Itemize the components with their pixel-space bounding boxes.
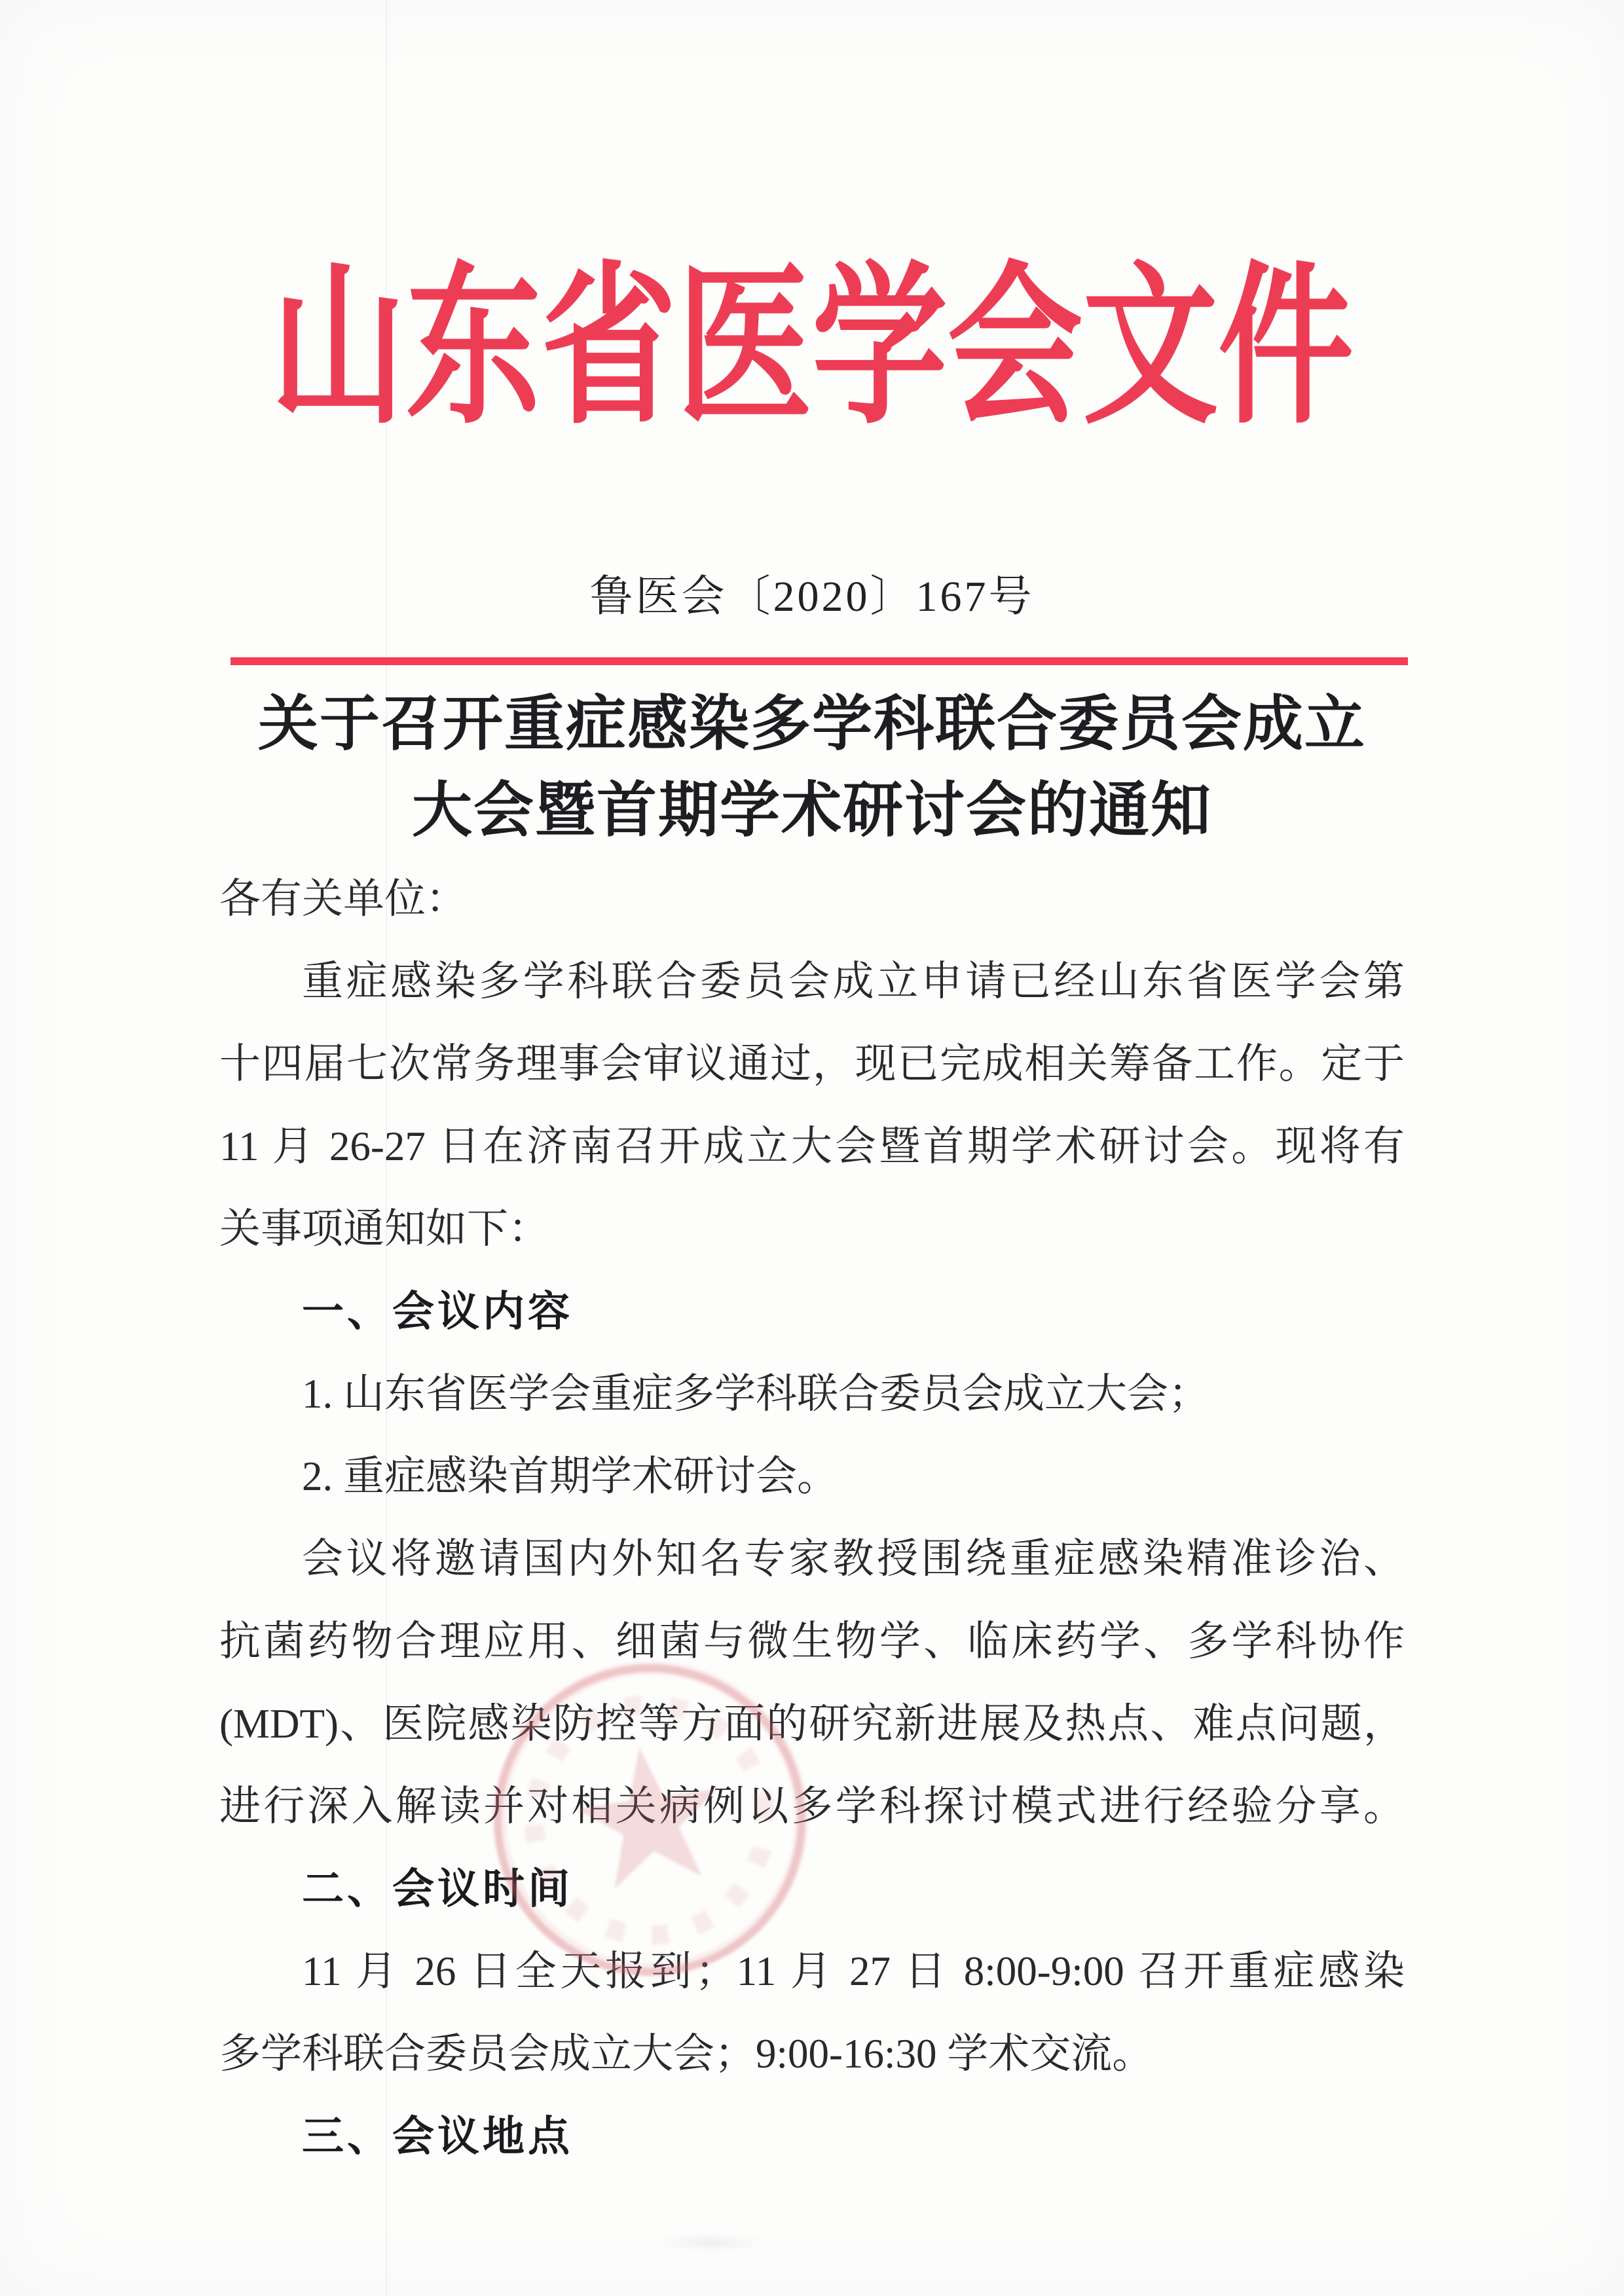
- body-line: 多学科联合委员会成立大会；9:00-16:30 学术交流。: [219, 2013, 1405, 2095]
- body-line: 抗菌药物合理应用、细菌与微生物学、临床药学、多学科协作: [219, 1600, 1405, 1683]
- notice-title-line1: 关于召开重症感染多学科联合委员会成立: [0, 681, 1624, 767]
- body-line: 十四届七次常务理事会审议通过，现已完成相关筹备工作。定于: [219, 1023, 1405, 1105]
- body-line: 1. 山东省医学会重症多学科联合委员会成立大会；: [219, 1353, 1405, 1435]
- notice-title-line2: 大会暨首期学术研讨会的通知: [0, 767, 1624, 854]
- notice-title: 关于召开重症感染多学科联合委员会成立 大会暨首期学术研讨会的通知: [0, 681, 1624, 854]
- body-line: 关事项通知如下：: [219, 1188, 1405, 1270]
- body-line: 各有关单位：: [219, 858, 1405, 940]
- body-line: (MDT)、医院感染防控等方面的研究新进展及热点、难点问题，: [219, 1683, 1405, 1765]
- red-separator-line: [231, 657, 1408, 665]
- body-line: 11 月 26 日全天报到；11 月 27 日 8:00-9:00 召开重症感染: [219, 1930, 1405, 2013]
- body-line: 三、会议地点: [219, 2095, 1405, 2178]
- body-line: 11 月 26-27 日在济南召开成立大会暨首期学术研讨会。现将有: [219, 1105, 1405, 1188]
- scan-streak-artifact: [386, 0, 387, 2296]
- doc-number: 鲁医会〔2020〕167号: [0, 571, 1624, 623]
- body-line: 会议将邀请国内外知名专家教授围绕重症感染精准诊治、: [219, 1518, 1405, 1600]
- body-line: 重症感染多学科联合委员会成立申请已经山东省医学会第: [219, 940, 1405, 1023]
- masthead-title: 山东省医学会文件: [179, 262, 1445, 435]
- body-line: 二、会议时间: [219, 1848, 1405, 1930]
- body-line: 2. 重症感染首期学术研讨会。: [219, 1435, 1405, 1518]
- scanned-document-page: 山东省医学会文件 鲁医会〔2020〕167号 关于召开重症感染多学科联合委员会成…: [0, 0, 1624, 2296]
- body-line: 一、会议内容: [219, 1270, 1405, 1353]
- scan-smudge-artifact: [658, 2234, 763, 2252]
- body-line: 进行深入解读并对相关病例以多学科探讨模式进行经验分享。: [219, 1765, 1405, 1848]
- document-body: 各有关单位：重症感染多学科联合委员会成立申请已经山东省医学会第十四届七次常务理事…: [219, 858, 1405, 2178]
